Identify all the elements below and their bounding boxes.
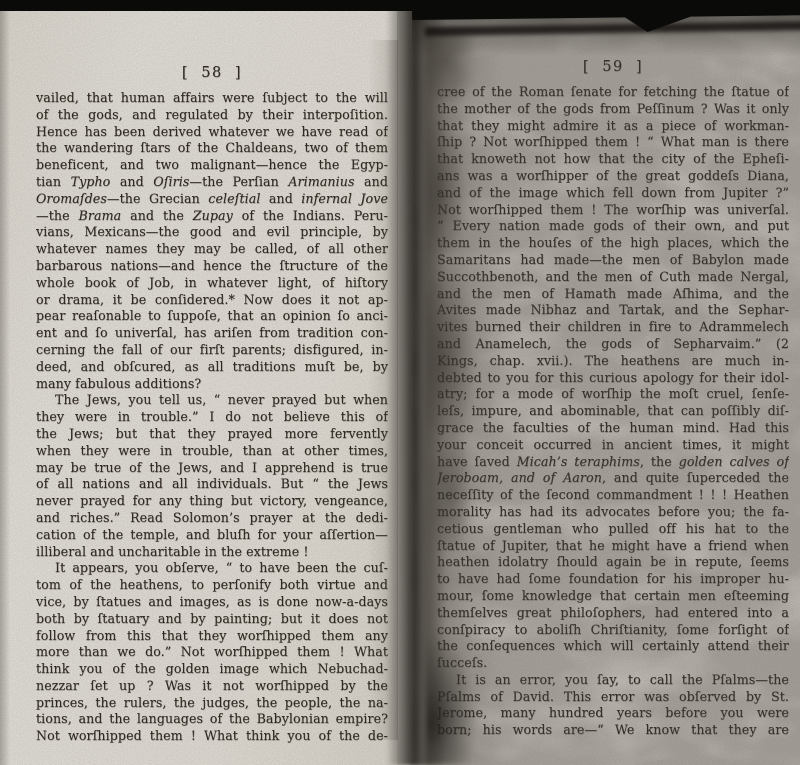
text-line: the wandering ſtars of the Chaldeans, tw…: [36, 140, 388, 157]
text-line: heathen idolatry ſhould again be in repu…: [437, 554, 789, 571]
text-line: and of the image which fell down from Ju…: [437, 185, 789, 202]
text-line: cation of the temple, and bluſh for your…: [36, 527, 388, 544]
text-line: born; his words are—“ We know that they …: [437, 722, 789, 739]
text-line: vites burned their children in fire to A…: [437, 319, 789, 336]
text-line: both by ſtatuary and by painting; but it…: [36, 611, 388, 628]
text-line: the mother of the gods from Peſſinum ? W…: [437, 101, 789, 118]
text-line: tions, and the languages of the Babyloni…: [36, 711, 388, 728]
text-line: morality has had its advocates before yo…: [437, 504, 789, 521]
text-line: barbarous nations—and hence the ſtructur…: [36, 258, 388, 275]
text-line: cree of the Roman ſenate for fetching th…: [437, 84, 789, 101]
text-line: of all nations and all individuals. But …: [36, 476, 388, 493]
text-line: Succothbenoth, and the men of Cuth made …: [437, 269, 789, 286]
text-line: vians, Mexicans—the good and evil princi…: [36, 224, 388, 241]
text-line: to have had ſome foundation for his impr…: [437, 571, 789, 588]
text-line: “ Every nation made gods of their own, a…: [437, 218, 789, 235]
text-line: Not worſhipped them ! The worſhip was un…: [437, 202, 789, 219]
text-line: cetious gentleman who pulled off his hat…: [437, 521, 789, 538]
text-line: vailed, that human affairs were ſubject …: [36, 90, 388, 107]
text-line: Kings, chap. xvii.). The heathens are mu…: [437, 353, 789, 370]
text-line: atry; for a mode of worſhip the moſt cru…: [437, 386, 789, 403]
text-line: grace the faculties of the human mind. H…: [437, 420, 789, 437]
text-line: ſucceſs.: [437, 655, 789, 672]
text-line: beneficent, and two malignant—hence the …: [36, 157, 388, 174]
text-line: pear reaſonable to ſuppoſe, that an opin…: [36, 308, 388, 325]
text-line: Jeroboam, and of Aaron, and quite ſuperc…: [437, 470, 789, 487]
page-59-body: cree of the Roman ſenate for fetching th…: [437, 84, 789, 739]
text-line: It is an error, you ſay, to call the Pſa…: [437, 672, 789, 689]
text-line: when they were in trouble, than at other…: [36, 443, 388, 460]
text-line: and riches.” Read Solomon’s prayer at th…: [36, 510, 388, 527]
text-line: that knoweth not how that the city of th…: [437, 151, 789, 168]
text-line: mour, ſome knowledge that certain men eſ…: [437, 588, 789, 605]
text-line: nezzar ſet up ? Was it not worſhipped by…: [36, 678, 388, 695]
page-58-text-column: [ 58 ] vailed, that human affairs were ſ…: [36, 62, 388, 745]
page-58-body: vailed, that human affairs were ſubject …: [36, 90, 388, 745]
text-line: deed, and obſcured, as all traditions mu…: [36, 359, 388, 376]
text-line: Samaritans had made—the men of Babylon m…: [437, 252, 789, 269]
text-line: them in the houſes of the high places, w…: [437, 235, 789, 252]
text-line: may be true of the Jews, and I apprehend…: [36, 460, 388, 477]
text-line: ſhip ? Not worſhipped them ! “ What man …: [437, 134, 789, 151]
text-line: or drama, it be conſidered.* Now does it…: [36, 292, 388, 309]
text-line: cerning the fall of our firſt parents; d…: [36, 342, 388, 359]
text-line: ent and ſo univerſal, has ariſen from tr…: [36, 325, 388, 342]
text-line: illiberal and uncharitable in the extrem…: [36, 544, 388, 561]
text-line: of the gods, and regulated by their inte…: [36, 107, 388, 124]
text-line: follow from this that they worſhipped th…: [36, 628, 388, 645]
text-line: Pſalms of David. This error was obſerved…: [437, 689, 789, 706]
text-line: that they might admire it as a piece of …: [437, 118, 789, 135]
text-line: never prayed for any thing but victory, …: [36, 493, 388, 510]
text-line: neceſſity of the ſecond commandment ! ! …: [437, 487, 789, 504]
text-line: princes, the rulers, the judges, the peo…: [36, 695, 388, 712]
text-line: Not worſhipped them ! What think you of …: [36, 728, 388, 745]
text-line: have ſaved Micah’s teraphims, the golden…: [437, 454, 789, 471]
text-line: themſelves great philoſophers, had enter…: [437, 605, 789, 622]
text-line: many fabulous additions?: [36, 376, 388, 393]
text-line: whatever names they may be called, of al…: [36, 241, 388, 258]
text-line: vice, by ſtatues and images, as is done …: [36, 594, 388, 611]
text-line: more than we do.” Not worſhipped them ! …: [36, 644, 388, 661]
text-line: the conſequences which will certainly at…: [437, 638, 789, 655]
text-line: Hence has been derived whatever we have …: [36, 124, 388, 141]
text-line: the Jews; but that they prayed more ferv…: [36, 426, 388, 443]
text-line: The Jews, you tell us, “ never prayed bu…: [36, 392, 388, 409]
text-line: they were in trouble.” I do not believe …: [36, 409, 388, 426]
text-line: It appears, you obſerve, “ to have been …: [36, 560, 388, 577]
text-line: Jerome, many hundred years before you we…: [437, 705, 789, 722]
text-line: think you of the golden image which Nebu…: [36, 661, 388, 678]
text-line: tian Typho and Oſiris—the Perſian Ariman…: [36, 174, 388, 191]
text-line: conſpiracy to aboliſh Chriſtianity, ſome…: [437, 622, 789, 639]
text-line: debted to you for this curious apology f…: [437, 370, 789, 387]
book-scan: [ 58 ] vailed, that human affairs were ſ…: [0, 0, 800, 765]
page-59-text-column: [ 59 ] cree of the Roman ſenate for fetc…: [437, 56, 789, 739]
text-line: and Anamelech, the gods of Sepharvaim.” …: [437, 336, 789, 353]
text-line: tom of the heathens, to perſonify both v…: [36, 577, 388, 594]
page-number-header-59: [ 59 ]: [437, 56, 789, 80]
text-line: Avites made Nibhaz and Tartak, and the S…: [437, 302, 789, 319]
text-line: ans was a worſhipper of the great goddeſ…: [437, 168, 789, 185]
text-line: and the men of Hamath made Aſhima, and t…: [437, 286, 789, 303]
text-line: —the Brama and the Zupay of the Indians.…: [36, 208, 388, 225]
text-line: Oromaſdes—the Grecian celeſtial and infe…: [36, 191, 388, 208]
page-number-header-58: [ 58 ]: [36, 62, 388, 86]
text-line: your conceit occurred in ancient times, …: [437, 437, 789, 454]
text-line: leſs, impure, and abominable, that can p…: [437, 403, 789, 420]
text-line: ſtatue of Jupiter, that he might have a …: [437, 538, 789, 555]
text-line: whole book of Job, in whatever light, of…: [36, 275, 388, 292]
